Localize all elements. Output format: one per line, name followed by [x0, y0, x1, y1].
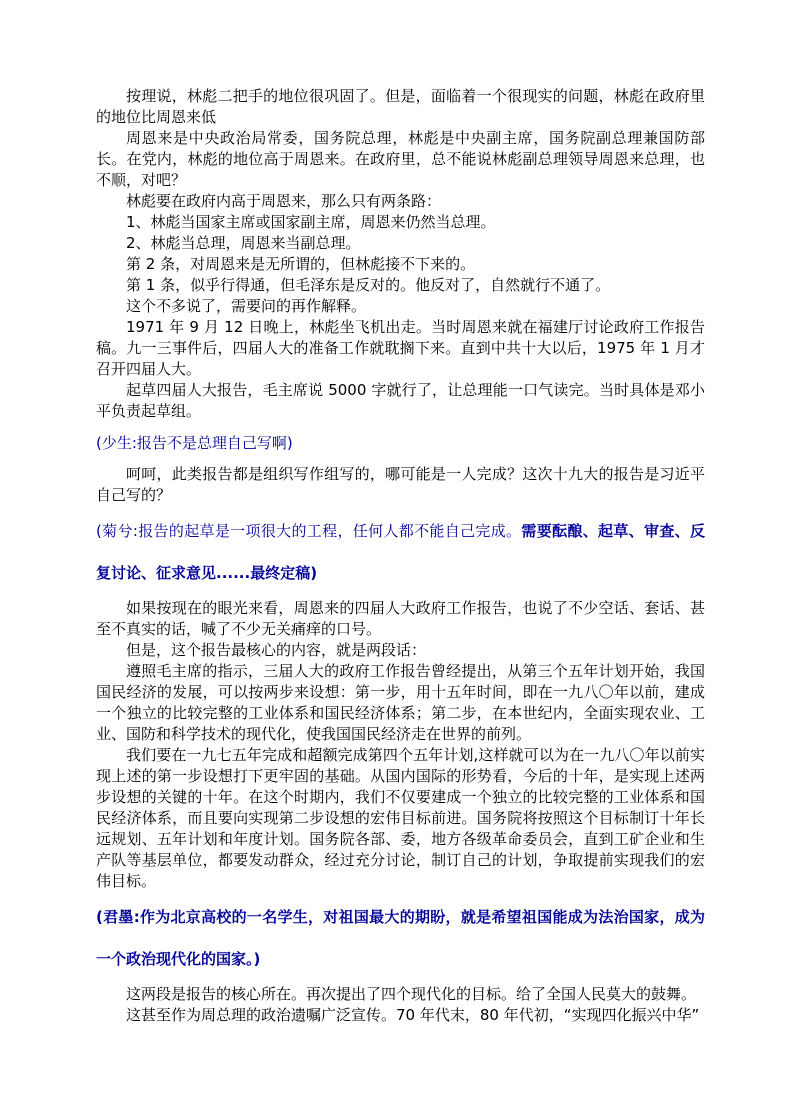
reader-comment-shaosheng: (少生:报告不是总理自己写啊) [96, 422, 705, 464]
list-item-option-2: 2、林彪当总理，周恩来当副总理。 [96, 233, 705, 254]
paragraph: 第 1 条，似乎行得通，但毛泽东是反对的。他反对了，自然就行不通了。 [96, 275, 705, 296]
paragraph: 但是，这个报告最核心的内容，就是两段话： [96, 640, 705, 661]
paragraph: 呵呵，此类报告都是组织写作组写的，哪可能是一人完成？这次十九大的报告是习近平自己… [96, 464, 705, 506]
reader-comment-juxi: (菊兮:报告的起草是一项很大的工程，任何人都不能自己完成。需要酝酿、起草、审查、… [96, 510, 705, 594]
paragraph: 这甚至作为周总理的政治遗嘱广泛宣传。70 年代末，80 年代初，“实现四化振兴中… [96, 1005, 705, 1026]
paragraph: 周恩来是中央政治局常委，国务院总理，林彪是中央副主席，国务院副总理兼国防部长。在… [96, 128, 705, 191]
quoted-report-paragraph: 遵照毛主席的指示，三届人大的政府工作报告曾经提出，从第三个五年计划开始，我国国民… [96, 661, 705, 745]
paragraph: 起草四届人大报告，毛主席说 5000 字就行了，让总理能一口气读完。当时具体是邓… [96, 380, 705, 422]
document-page: 按理说，林彪二把手的地位很巩固了。但是，面临着一个很现实的问题，林彪在政府里的地… [0, 0, 800, 1100]
quoted-report-paragraph: 我们要在一九七五年完成和超额完成第四个五年计划,这样就可以为在一九八〇年以前实现… [96, 745, 705, 892]
reader-comment-junmo: (君墨:作为北京高校的一名学生，对祖国最大的期盼，就是希望祖国能成为法治国家，成… [96, 896, 705, 980]
paragraph: 按理说，林彪二把手的地位很巩固了。但是，面临着一个很现实的问题，林彪在政府里的地… [96, 86, 705, 128]
comment-regular-segment: (菊兮:报告的起草是一项很大的工程，任何人都不能自己完成。 [96, 522, 521, 540]
paragraph: 如果按现在的眼光来看，周恩来的四届人大政府工作报告，也说了不少空话、套话、甚至不… [96, 598, 705, 640]
paragraph: 第 2 条，对周恩来是无所谓的，但林彪接不下来的。 [96, 254, 705, 275]
paragraph: 这个不多说了，需要问的再作解释。 [96, 296, 705, 317]
paragraph: 1971 年 9 月 12 日晚上，林彪坐飞机出走。当时周恩来就在福建厅讨论政府… [96, 317, 705, 380]
paragraph: 林彪要在政府内高于周恩来，那么只有两条路： [96, 191, 705, 212]
paragraph: 这两段是报告的核心所在。再次提出了四个现代化的目标。给了全国人民莫大的鼓舞。 [96, 984, 705, 1005]
list-item-option-1: 1、林彪当国家主席或国家副主席，周恩来仍然当总理。 [96, 212, 705, 233]
